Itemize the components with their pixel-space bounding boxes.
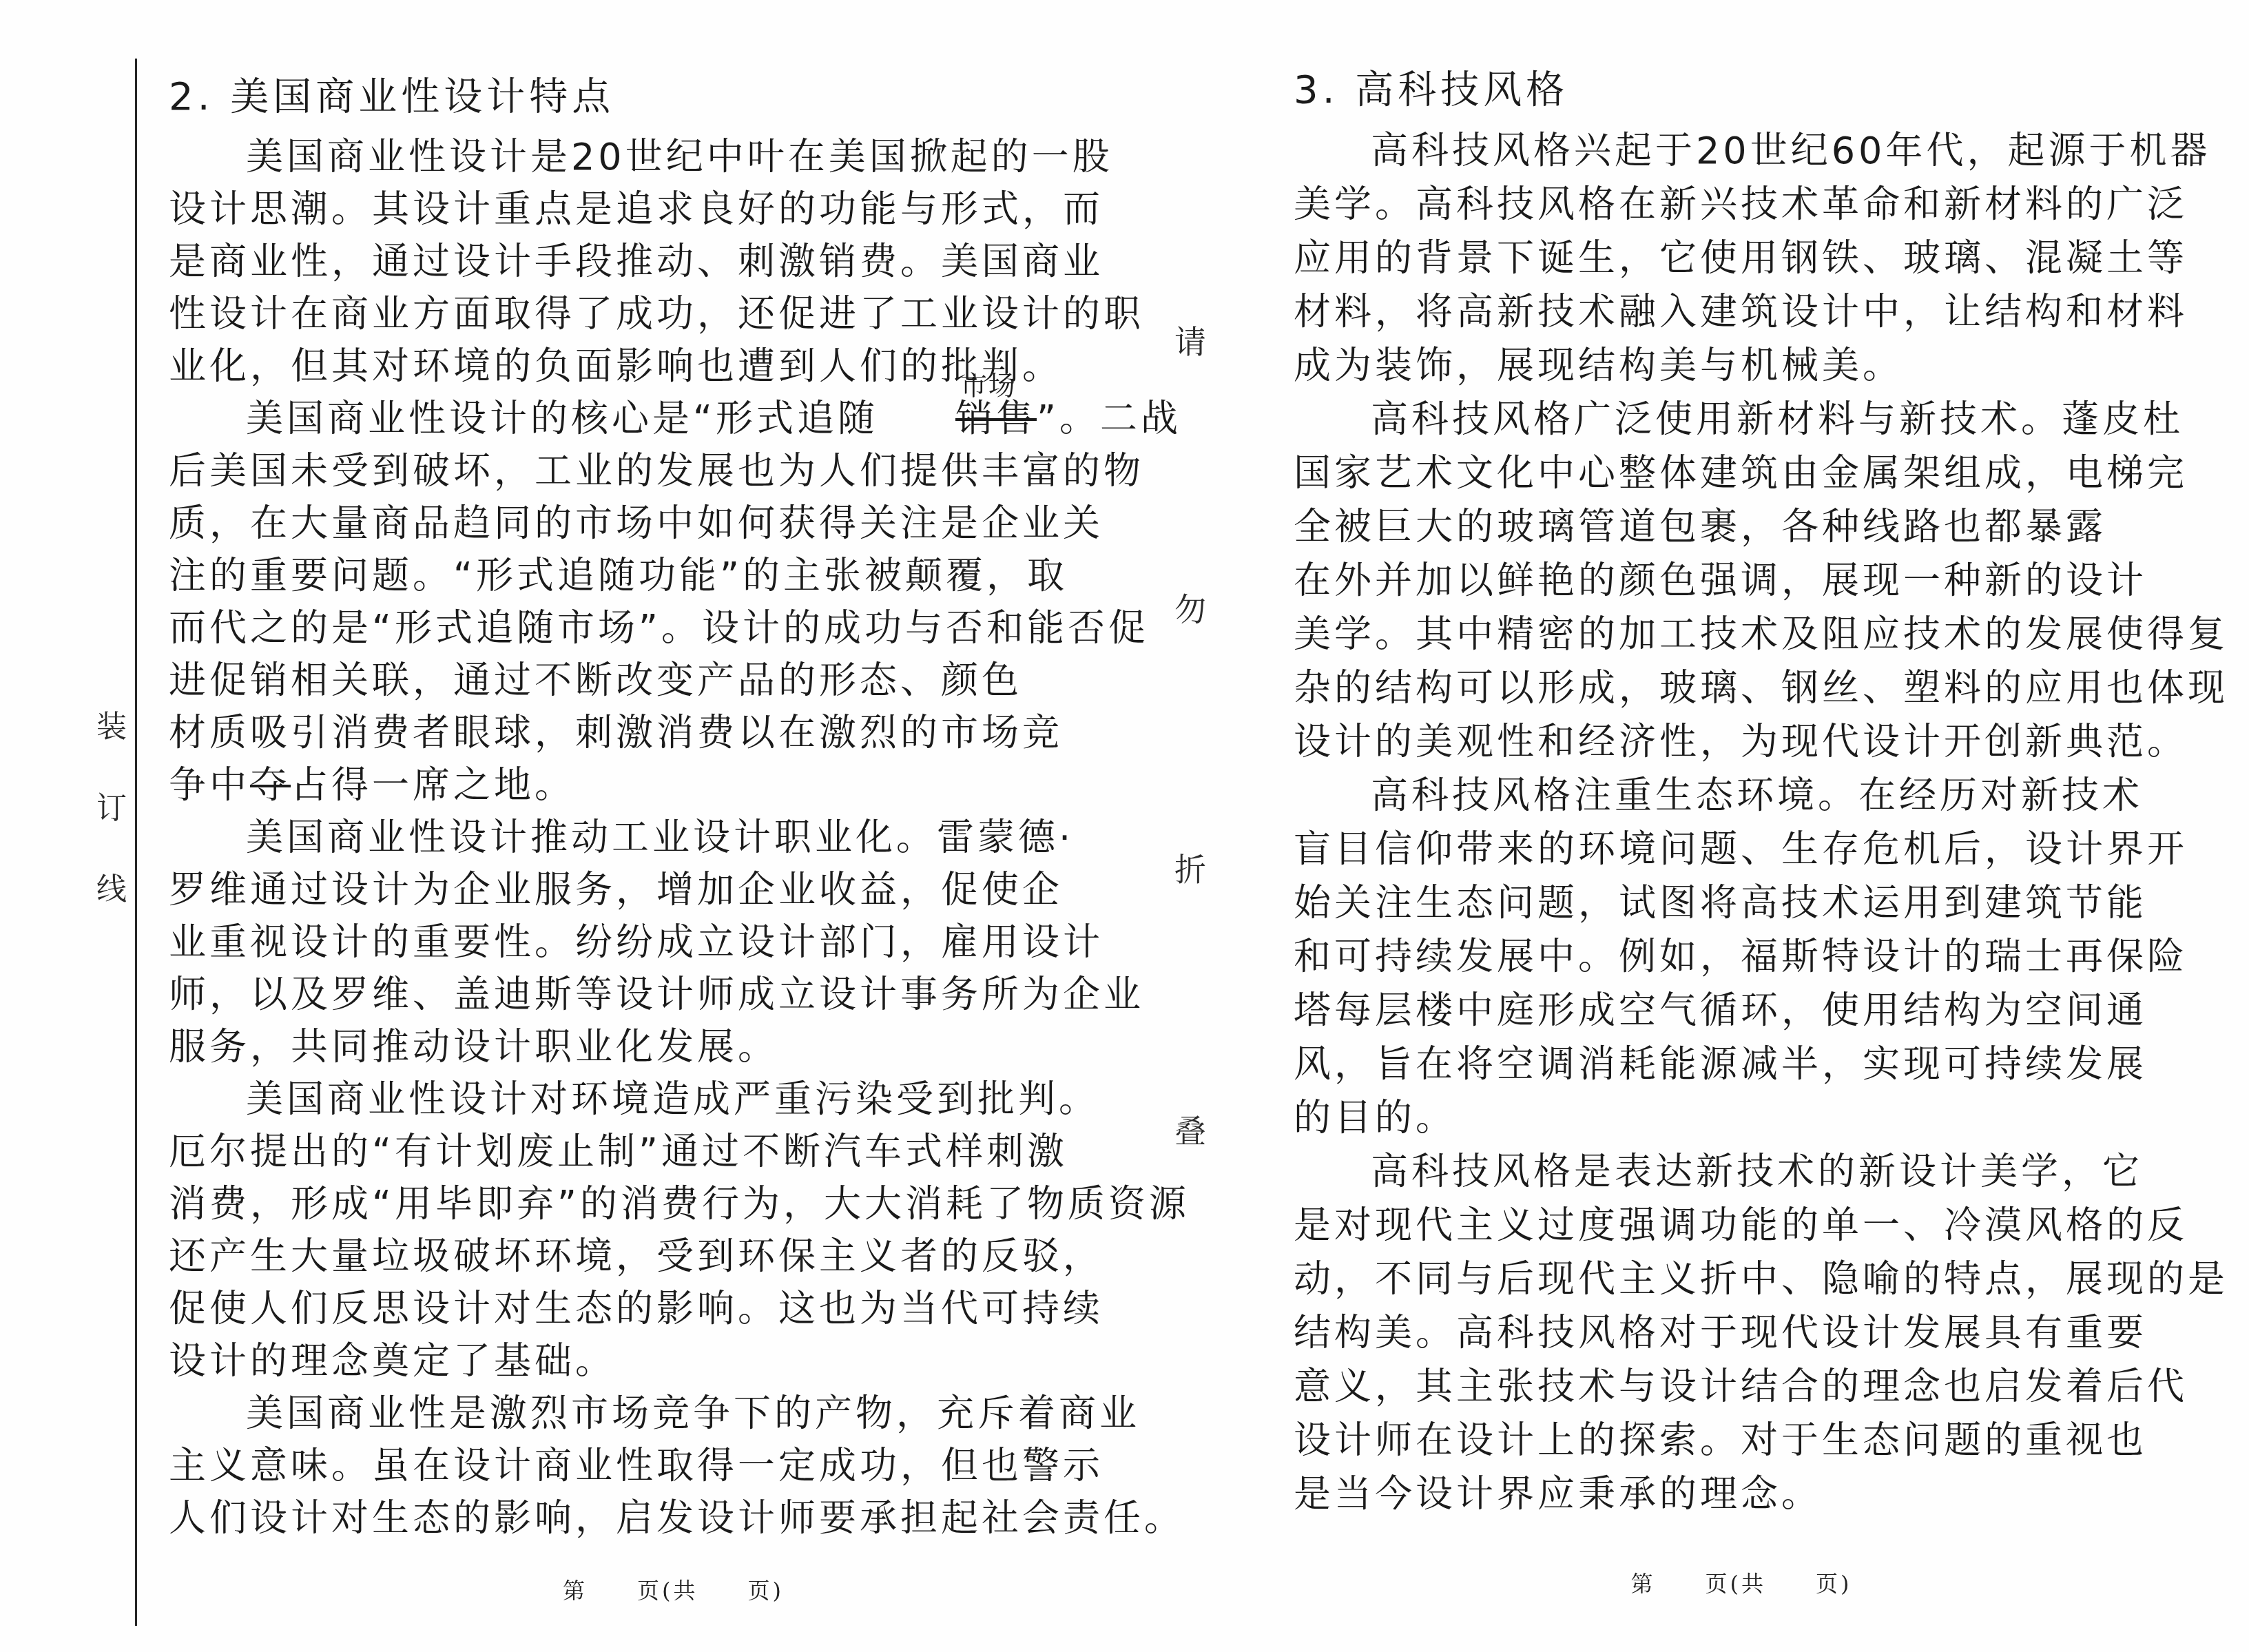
handwritten-line: 意义，其主张技术与设计结合的理念也启发着后代 xyxy=(1294,1360,2189,1414)
handwritten-text: 材料，将高新技术融入建筑设计中，让结构和材料 xyxy=(1294,290,2188,333)
handwritten-text: 高科技风格广泛使用新材料与新技术。蓬皮杜 xyxy=(1371,397,2184,441)
handwritten-text: 进促销相关联，通过不断改变产品的形态、颜色 xyxy=(169,659,1022,702)
binding-label-char: 订 xyxy=(94,791,129,827)
handwritten-text: 设计的美观性和经济性，为现代设计开创新典范。 xyxy=(1294,720,2188,763)
handwritten-line: 杂的结构可以形成，玻璃、钢丝、塑料的应用也体现 xyxy=(1294,661,2189,715)
handwritten-line: 人们设计对生态的影响，启发设计师要承担起社会责任。 xyxy=(169,1492,1178,1545)
handwritten-text: 风，旨在将空调消耗能源减半，实现可持续发展 xyxy=(1294,1042,2147,1086)
handwritten-line: 高科技风格是表达新技术的新设计美学，它 xyxy=(1294,1145,2189,1199)
handwritten-text: 在外并加以鲜艳的颜色强调，展现一种新的设计 xyxy=(1294,559,2147,602)
handwritten-text: 设计师在设计上的探索。对于生态问题的重视也 xyxy=(1294,1418,2147,1462)
handwritten-text: 杂的结构可以形成，玻璃、钢丝、塑料的应用也体现 xyxy=(1294,666,2228,710)
handwritten-text: 高科技风格注重生态环境。在经历对新技术 xyxy=(1371,774,2143,817)
handwritten-line: 消费，形成“用毕即弃”的消费行为，大大消耗了物质资源 xyxy=(169,1178,1178,1230)
handwritten-text: 成为装饰，展现结构美与机械美。 xyxy=(1294,344,1903,387)
handwritten-text: 人们设计对生态的影响，启发设计师要承担起社会责任。 xyxy=(169,1496,1185,1540)
handwritten-line: 美学。其中精密的加工技术及阻应技术的发展使得复 xyxy=(1294,608,2189,661)
handwritten-line: 美国商业性设计推动工业设计职业化。雷蒙德· xyxy=(169,812,1178,864)
handwritten-text: 国家艺术文化中心整体建筑由金属架组成，电梯完 xyxy=(1294,451,2188,495)
handwritten-text: 性设计在商业方面取得了成功，还促进了工业设计的职 xyxy=(169,292,1144,335)
handwritten-text: 业重视设计的重要性。纷纷成立设计部门，雇用设计 xyxy=(169,920,1103,964)
handwritten-text: 争中 xyxy=(169,763,250,807)
handwritten-text: ”。二战 xyxy=(1037,397,1181,440)
handwritten-text: 主义意味。虽在设计商业性取得一定成功，但也警示 xyxy=(169,1444,1103,1487)
handwritten-text: 美国商业性设计的核心是“形式追随 xyxy=(246,397,878,440)
handwritten-line: 始关注生态问题，试图将高技术运用到建筑节能 xyxy=(1294,876,2189,930)
handwritten-line: 设计的美观性和经济性，为现代设计开创新典范。 xyxy=(1294,715,2189,769)
page-right: 3. 高科技风格 高科技风格兴起于20世纪60年代，起源于机器美学。高科技风格在… xyxy=(1294,61,2189,1521)
handwritten-line: 全被巨大的玻璃管道包裹，各种线路也都暴露 xyxy=(1294,500,2189,554)
handwritten-line: 成为装饰，展现结构美与机械美。 xyxy=(1294,339,2189,393)
handwritten-line: 性设计在商业方面取得了成功，还促进了工业设计的职 xyxy=(169,288,1178,340)
handwritten-text: 而代之的是“形式追随市场”。设计的成功与否和能否促 xyxy=(169,606,1149,650)
handwritten-line: 动，不同与后现代主义折中、隐喻的特点，展现的是 xyxy=(1294,1252,2189,1306)
handwritten-line: 国家艺术文化中心整体建筑由金属架组成，电梯完 xyxy=(1294,446,2189,500)
handwritten-line: 应用的背景下诞生，它使用钢铁、玻璃、混凝土等 xyxy=(1294,231,2189,285)
handwritten-line: 设计师在设计上的探索。对于生态问题的重视也 xyxy=(1294,1414,2189,1467)
handwritten-text: 设计的理念奠定了基础。 xyxy=(169,1339,616,1383)
handwritten-text: 是当今设计界应秉承的理念。 xyxy=(1294,1472,1822,1516)
handwritten-text: 还产生大量垃圾破坏环境，受到环保主义者的反驳， xyxy=(169,1235,1103,1278)
handwritten-text: 占得一席之地。 xyxy=(291,763,575,807)
answer-sheet: 装 订 线 请 勿 折 叠 2. 美国商业性设计特点 美国商业性设计是20世纪中… xyxy=(0,0,2249,1652)
handwritten-line: 罗维通过设计为企业服务，增加企业收益，促使企 xyxy=(169,864,1178,916)
handwritten-line: 高科技风格广泛使用新材料与新技术。蓬皮杜 xyxy=(1294,393,2189,446)
handwritten-line: 设计的理念奠定了基础。 xyxy=(169,1335,1178,1387)
handwritten-text: 厄尔提出的“有计划废止制”通过不断汽车式样刺激 xyxy=(169,1130,1068,1173)
handwritten-line: 材质吸引消费者眼球，刺激消费以在激烈的市场竞 xyxy=(169,707,1178,759)
binding-label-char: 装 xyxy=(94,710,129,745)
handwritten-text: 师，以及罗维、盖迪斯等设计师成立设计事务所为企业 xyxy=(169,973,1144,1016)
handwritten-line: 是商业性，通过设计手段推动、刺激销费。美国商业 xyxy=(169,236,1178,288)
handwritten-line: 业重视设计的重要性。纷纷成立设计部门，雇用设计 xyxy=(169,916,1178,969)
handwritten-line: 塔每层楼中庭形成空气循环，使用结构为空间通 xyxy=(1294,984,2189,1037)
handwritten-line: 注的重要问题。“形式追随功能”的主张被颠覆，取 xyxy=(169,550,1178,602)
page-footer: 第 页(共 页) xyxy=(1294,1567,2189,1598)
handwritten-line: 美国商业性是激烈市场竞争下的产物，充斥着商业 xyxy=(169,1387,1178,1440)
handwritten-line: 结构美。高科技风格对于现代设计发展具有重要 xyxy=(1294,1306,2189,1360)
handwritten-line: 在外并加以鲜艳的颜色强调，展现一种新的设计 xyxy=(1294,554,2189,608)
handwritten-line: 是当今设计界应秉承的理念。 xyxy=(1294,1467,2189,1521)
handwritten-text: 后美国未受到破坏，工业的发展也为人们提供丰富的物 xyxy=(169,449,1144,493)
handwritten-text: 质，在大量商品趋同的市场中如何获得关注是企业关 xyxy=(169,502,1103,545)
handwritten-line: 师，以及罗维、盖迪斯等设计师成立设计事务所为企业 xyxy=(169,969,1178,1021)
correction-annotation: 市场 xyxy=(883,373,1017,400)
page-left: 2. 美国商业性设计特点 美国商业性设计是20世纪中叶在美国掀起的一股设计思潮。… xyxy=(169,68,1178,1545)
handwritten-text: 美国商业性是激烈市场竞争下的产物，充斥着商业 xyxy=(246,1392,1140,1435)
handwritten-line: 厄尔提出的“有计划废止制”通过不断汽车式样刺激 xyxy=(169,1126,1178,1178)
handwritten-text: 美国商业性设计推动工业设计职业化。雷蒙德· xyxy=(246,816,1074,859)
handwritten-line: 还产生大量垃圾破坏环境，受到环保主义者的反驳， xyxy=(169,1230,1178,1283)
handwritten-line: 美国商业性设计是20世纪中叶在美国掀起的一股 xyxy=(169,131,1178,183)
handwritten-text: 盲目信仰带来的环境问题、生存危机后，设计界开 xyxy=(1294,827,2188,871)
handwritten-text: 是商业性，通过设计手段推动、刺激销费。美国商业 xyxy=(169,240,1103,283)
handwritten-text: 意义，其主张技术与设计结合的理念也启发着后代 xyxy=(1294,1365,2188,1408)
handwritten-line: 而代之的是“形式追随市场”。设计的成功与否和能否促 xyxy=(169,602,1178,654)
handwritten-text: 注的重要问题。“形式追随功能”的主张被颠覆，取 xyxy=(169,554,1068,597)
handwritten-line: 主义意味。虽在设计商业性取得一定成功，但也警示 xyxy=(169,1440,1178,1492)
handwritten-line: 质，在大量商品趋同的市场中如何获得关注是企业关 xyxy=(169,497,1178,550)
handwritten-line: 的目的。 xyxy=(1294,1091,2189,1145)
section-heading: 3. 高科技风格 xyxy=(1294,61,2189,120)
binding-label-char: 线 xyxy=(94,872,129,908)
handwritten-line: 高科技风格兴起于20世纪60年代，起源于机器 xyxy=(1294,124,2189,178)
handwritten-text: 材质吸引消费者眼球，刺激消费以在激烈的市场竞 xyxy=(169,711,1063,754)
handwritten-line: 美国商业性设计的核心是“形式追随市场销售”。二战 xyxy=(169,393,1178,445)
page-footer: 第 页(共 页) xyxy=(169,1573,1178,1605)
handwritten-text: 全被巨大的玻璃管道包裹，各种线路也都暴露 xyxy=(1294,505,2106,548)
handwritten-text: 消费，形成“用毕即弃”的消费行为，大大消耗了物质资源 xyxy=(169,1182,1190,1226)
handwritten-text: 设计思潮。其设计重点是追求良好的功能与形式，而 xyxy=(169,187,1103,231)
handwritten-text: 始关注生态问题，试图将高技术运用到建筑节能 xyxy=(1294,881,2147,925)
handwritten-line: 设计思潮。其设计重点是追求良好的功能与形式，而 xyxy=(169,183,1178,236)
binding-line xyxy=(135,59,137,1626)
handwritten-text: 应用的背景下诞生，它使用钢铁、玻璃、混凝土等 xyxy=(1294,236,2188,280)
struck-text: 夺 xyxy=(250,763,291,807)
handwritten-text: 美国商业性设计是20世纪中叶在美国掀起的一股 xyxy=(246,135,1113,178)
handwritten-line: 风，旨在将空调消耗能源减半，实现可持续发展 xyxy=(1294,1037,2189,1091)
handwritten-line: 和可持续发展中。例如，福斯特设计的瑞士再保险 xyxy=(1294,930,2189,984)
lines-container: 美国商业性设计是20世纪中叶在美国掀起的一股设计思潮。其设计重点是追求良好的功能… xyxy=(169,131,1178,1545)
handwritten-line: 业化，但其对环境的负面影响也遭到人们的批判。 xyxy=(169,340,1178,393)
handwritten-text: 是对现代主义过度强调功能的单一、冷漠风格的反 xyxy=(1294,1204,2188,1247)
handwritten-line: 美国商业性设计对环境造成严重污染受到批判。 xyxy=(169,1073,1178,1126)
handwritten-text: 服务，共同推动设计职业化发展。 xyxy=(169,1025,778,1068)
handwritten-text: 美国商业性设计对环境造成严重污染受到批判。 xyxy=(246,1077,1099,1121)
handwritten-line: 争中夺占得一席之地。 xyxy=(169,759,1178,812)
handwritten-text: 美学。其中精密的加工技术及阻应技术的发展使得复 xyxy=(1294,612,2228,656)
lines-container: 高科技风格兴起于20世纪60年代，起源于机器美学。高科技风格在新兴技术革命和新材… xyxy=(1294,124,2189,1521)
handwritten-text: 促使人们反思设计对生态的影响。这也为当代可持续 xyxy=(169,1287,1103,1330)
handwritten-text: 高科技风格是表达新技术的新设计美学，它 xyxy=(1371,1150,2143,1193)
handwritten-line: 促使人们反思设计对生态的影响。这也为当代可持续 xyxy=(169,1283,1178,1335)
section-heading: 2. 美国商业性设计特点 xyxy=(169,68,1178,127)
handwritten-line: 高科技风格注重生态环境。在经历对新技术 xyxy=(1294,769,2189,823)
handwritten-line: 后美国未受到破坏，工业的发展也为人们提供丰富的物 xyxy=(169,445,1178,497)
handwritten-text: 的目的。 xyxy=(1294,1096,1456,1139)
handwritten-text: 高科技风格兴起于20世纪60年代，起源于机器 xyxy=(1371,129,2210,172)
handwritten-line: 进促销相关联，通过不断改变产品的形态、颜色 xyxy=(169,654,1178,707)
handwritten-line: 盲目信仰带来的环境问题、生存危机后，设计界开 xyxy=(1294,823,2189,876)
handwritten-line: 美学。高科技风格在新兴技术革命和新材料的广泛 xyxy=(1294,178,2189,231)
handwritten-text: 塔每层楼中庭形成空气循环，使用结构为空间通 xyxy=(1294,989,2147,1032)
handwritten-text: 罗维通过设计为企业服务，增加企业收益，促使企 xyxy=(169,868,1063,911)
handwritten-text: 美学。高科技风格在新兴技术革命和新材料的广泛 xyxy=(1294,183,2188,226)
handwritten-text: 结构美。高科技风格对于现代设计发展具有重要 xyxy=(1294,1311,2147,1354)
struck-text: 市场销售 xyxy=(878,393,1037,445)
handwritten-line: 服务，共同推动设计职业化发展。 xyxy=(169,1021,1178,1073)
handwritten-line: 是对现代主义过度强调功能的单一、冷漠风格的反 xyxy=(1294,1199,2189,1252)
handwritten-line: 材料，将高新技术融入建筑设计中，让结构和材料 xyxy=(1294,285,2189,339)
handwritten-text: 动，不同与后现代主义折中、隐喻的特点，展现的是 xyxy=(1294,1257,2228,1301)
handwritten-text: 和可持续发展中。例如，福斯特设计的瑞士再保险 xyxy=(1294,935,2188,978)
